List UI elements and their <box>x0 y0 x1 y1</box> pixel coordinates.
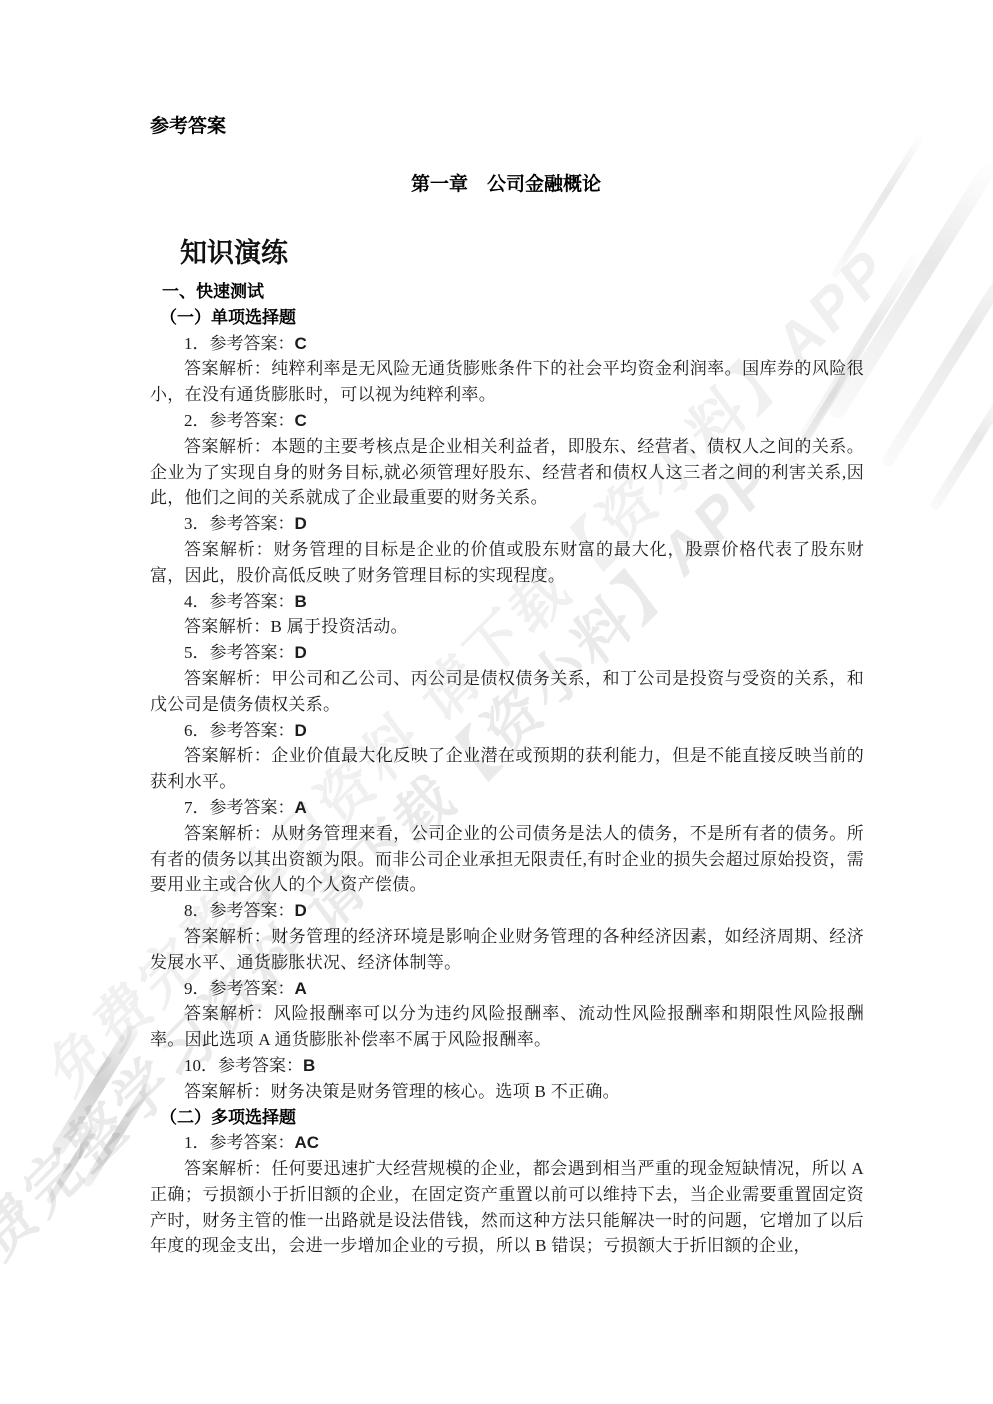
analysis-label: 答案解析： <box>184 824 271 843</box>
answer-line: 4．参考答案：B <box>150 589 864 615</box>
answer-label: 参考答案： <box>210 334 295 353</box>
part-heading: （一）单项选择题 <box>150 305 864 331</box>
answer-line: 1．参考答案：C <box>150 331 864 357</box>
answer-label: 参考答案： <box>210 901 295 920</box>
answer-letter: A <box>295 979 307 998</box>
answer-line: 5．参考答案：D <box>150 640 864 666</box>
answer-line: 6．参考答案：D <box>150 718 864 744</box>
chapter-title: 第一章 公司金融概论 <box>150 169 862 196</box>
item-number: 7 <box>184 798 193 817</box>
answer-letter: B <box>295 592 307 611</box>
answer-line: 7．参考答案：A <box>150 795 864 821</box>
item-number: 5 <box>184 643 193 662</box>
answer-line: 9．参考答案：A <box>150 976 864 1002</box>
item-number: 4 <box>184 592 193 611</box>
answer-label: 参考答案： <box>210 514 295 533</box>
analysis-label: 答案解析： <box>184 1159 271 1178</box>
answer-line: 8．参考答案：D <box>150 898 864 924</box>
answer-line: 2．参考答案：C <box>150 408 864 434</box>
answer-letter: B <box>303 1056 315 1075</box>
item-number: 9 <box>184 979 193 998</box>
answer-line: 10．参考答案：B <box>150 1053 864 1079</box>
analysis-paragraph: 答案解析：财务决策是财务管理的核心。选项 B 不正确。 <box>150 1079 864 1105</box>
analysis-paragraph: 答案解析：B 属于投资活动。 <box>150 614 864 640</box>
analysis-label: 答案解析： <box>184 746 271 765</box>
answer-label: 参考答案： <box>210 411 295 430</box>
answer-letter: C <box>295 334 307 353</box>
answer-key-body: 一、快速测试 （一）单项选择题1．参考答案：C答案解析：纯粹利率是无风险无通货膨… <box>150 279 864 1259</box>
analysis-paragraph: 答案解析：甲公司和乙公司、丙公司是债权债务关系，和丁公司是投资与受资的关系，和戊… <box>150 666 864 718</box>
analysis-label: 答案解析： <box>184 669 271 688</box>
answer-label: 参考答案： <box>210 721 295 740</box>
item-number: 8 <box>184 901 193 920</box>
analysis-paragraph: 答案解析：本题的主要考核点是企业相关利益者，即股东、经营者、债权人之间的关系。企… <box>150 434 864 511</box>
answer-letter: A <box>295 798 307 817</box>
analysis-paragraph: 答案解析：财务管理的目标是企业的价值或股东财富的最大化，股票价格代表了股东财富，… <box>150 537 864 589</box>
item-number: 1 <box>184 1133 193 1152</box>
analysis-label: 答案解析： <box>184 927 271 946</box>
answer-letter: D <box>295 643 307 662</box>
answer-label: 参考答案： <box>210 798 295 817</box>
analysis-label: 答案解析： <box>184 617 271 636</box>
answer-letter: D <box>295 514 307 533</box>
analysis-text: B 属于投资活动。 <box>271 617 408 636</box>
analysis-paragraph: 答案解析：财务管理的经济环境是影响企业财务管理的各种经济因素，如经济周期、经济发… <box>150 924 864 976</box>
answer-letter: C <box>295 411 307 430</box>
answer-line: 3．参考答案：D <box>150 511 864 537</box>
document-content: 参考答案 第一章 公司金融概论 知识演练 一、快速测试 （一）单项选择题1．参考… <box>0 0 993 1404</box>
answer-letter: AC <box>295 1133 320 1152</box>
item-number: 1 <box>184 334 193 353</box>
item-number: 3 <box>184 514 193 533</box>
answer-letter: D <box>295 901 307 920</box>
answer-label: 参考答案： <box>210 643 295 662</box>
answer-parts: （一）单项选择题1．参考答案：C答案解析：纯粹利率是无风险无通货膨账条件下的社会… <box>150 305 864 1259</box>
subsection-heading: 一、快速测试 <box>150 279 864 305</box>
page-header: 参考答案 <box>150 111 226 138</box>
document-page: 免费完整学习资料 请下载【资小料】APP 免费完整学习资料 请下载【资小料】AP… <box>0 0 993 1404</box>
answer-label: 参考答案： <box>210 592 295 611</box>
analysis-label: 答案解析： <box>184 540 274 559</box>
part-heading: （二）多项选择题 <box>150 1105 864 1131</box>
analysis-paragraph: 答案解析：任何要迅速扩大经营规模的企业，都会遇到相当严重的现金短缺情况，所以 A… <box>150 1156 864 1259</box>
analysis-text: 财务决策是财务管理的核心。选项 B 不正确。 <box>271 1082 620 1101</box>
analysis-label: 答案解析： <box>184 1082 271 1101</box>
analysis-paragraph: 答案解析：从财务管理来看，公司企业的公司债务是法人的债务，不是所有者的债务。所有… <box>150 821 864 898</box>
analysis-label: 答案解析： <box>184 437 271 456</box>
analysis-label: 答案解析： <box>184 359 271 378</box>
analysis-paragraph: 答案解析：企业价值最大化反映了企业潜在或预期的获利能力，但是不能直接反映当前的获… <box>150 743 864 795</box>
section-heading: 知识演练 <box>180 231 288 270</box>
answer-line: 1．参考答案：AC <box>150 1130 864 1156</box>
answer-label: 参考答案： <box>218 1056 303 1075</box>
item-number: 6 <box>184 721 193 740</box>
item-number: 2 <box>184 411 193 430</box>
answer-letter: D <box>295 721 307 740</box>
answer-label: 参考答案： <box>210 979 295 998</box>
analysis-paragraph: 答案解析：纯粹利率是无风险无通货膨账条件下的社会平均资金利润率。国库券的风险很小… <box>150 356 864 408</box>
answer-label: 参考答案： <box>210 1133 295 1152</box>
analysis-paragraph: 答案解析：风险报酬率可以分为违约风险报酬率、流动性风险报酬率和期限性风险报酬率。… <box>150 1001 864 1053</box>
analysis-label: 答案解析： <box>184 1004 274 1023</box>
item-number: 10 <box>184 1056 201 1075</box>
